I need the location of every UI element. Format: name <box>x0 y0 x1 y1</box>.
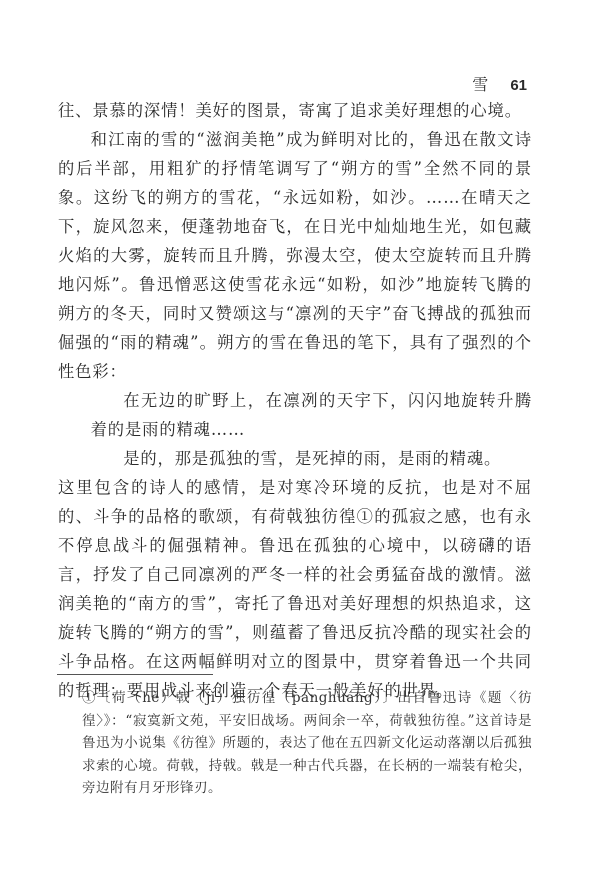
paragraph: 和江南的雪的“滋润美艳”成为鲜明对比的，鲁迅在散文诗的后半部，用粗犷的抒情笔调写… <box>58 125 532 386</box>
page-header: 雪 61 <box>472 72 527 95</box>
paragraph: 往、景慕的深情！美好的图景，寄寓了追求美好理想的心境。 <box>58 96 532 125</box>
section-title: 雪 <box>472 72 488 95</box>
main-text: 往、景慕的深情！美好的图景，寄寓了追求美好理想的心境。 和江南的雪的“滋润美艳”… <box>58 96 532 705</box>
page-number: 61 <box>510 77 527 94</box>
block-quote-line: 是的，那是孤独的雪，是死掉的雨，是雨的精魂。 <box>58 444 532 473</box>
block-quote: 在无边的旷野上，在凛冽的天宇下，闪闪地旋转升腾着的是雨的精魂…… <box>58 386 532 444</box>
footnote-text: ①〔荷（hè）戟（jǐ）独彷徨（pánghuáng）〕出自鲁迅诗《题〈彷徨〉》：… <box>82 687 532 800</box>
paragraph: 这里包含的诗人的感情，是对寒冷环境的反抗，也是对不屈的、斗争的品格的歌颂，有荷戟… <box>58 473 532 705</box>
footnote: ①〔荷（hè）戟（jǐ）独彷徨（pánghuáng）〕出自鲁迅诗《题〈彷徨〉》：… <box>82 687 532 800</box>
footnote-separator <box>57 674 213 675</box>
